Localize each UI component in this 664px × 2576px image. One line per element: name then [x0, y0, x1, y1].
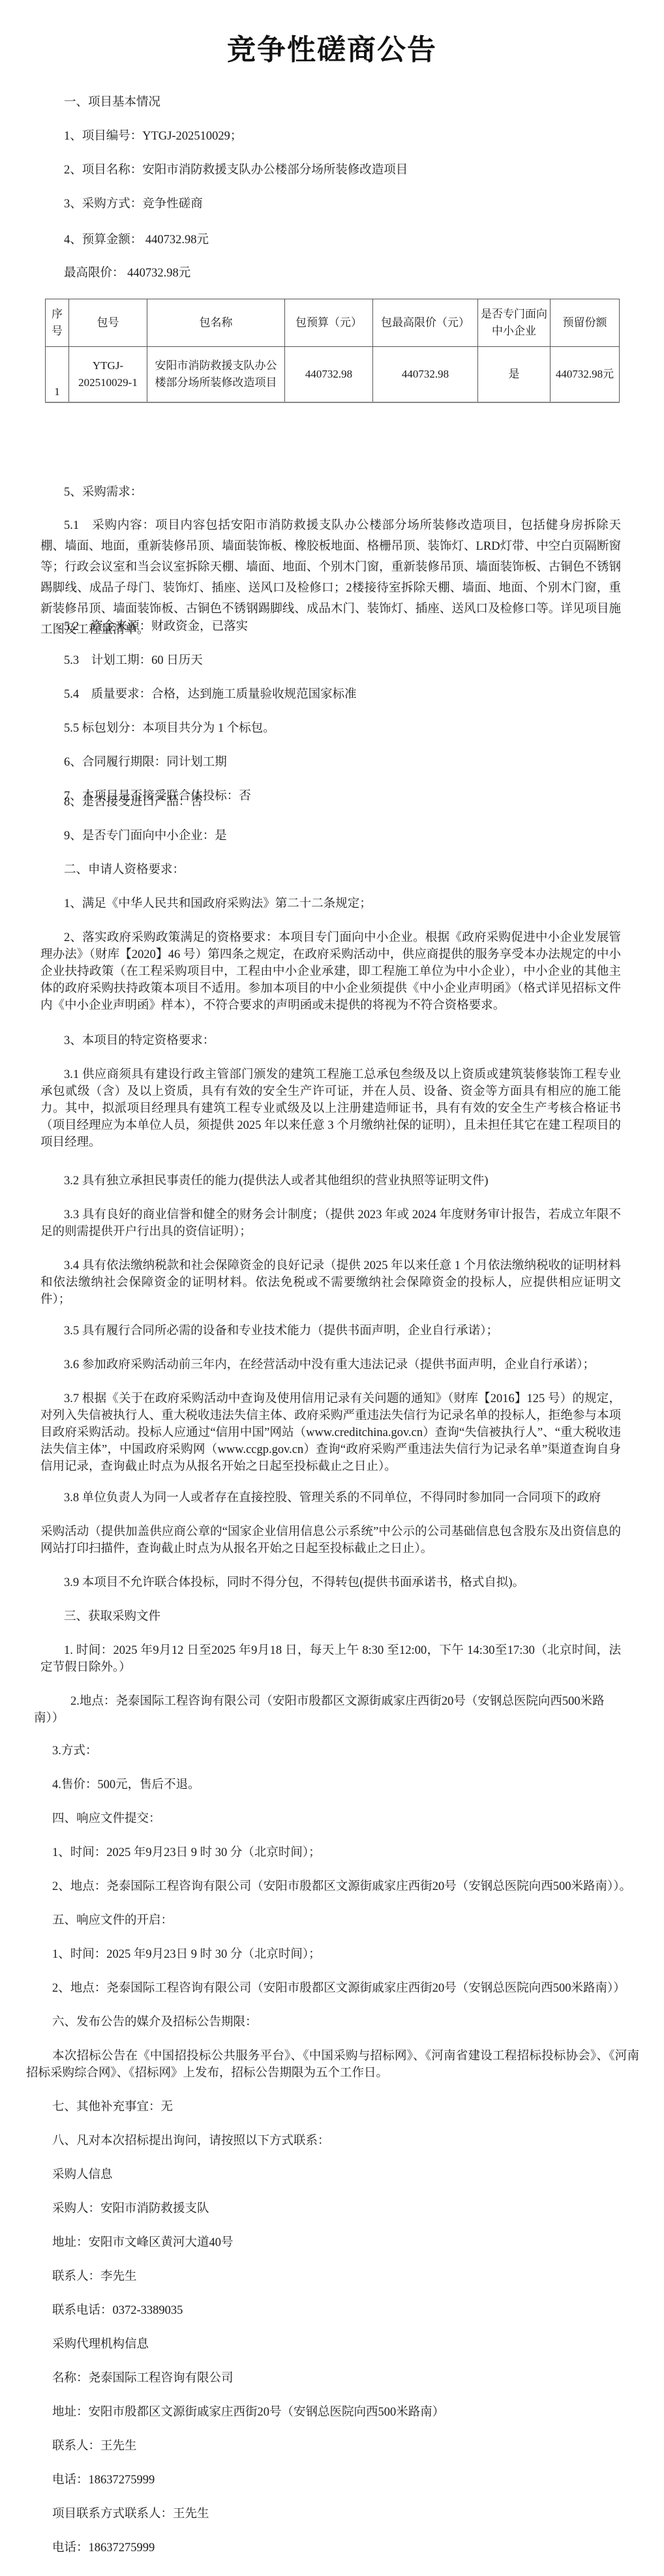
opening-time: 1、时间：2025 年9月23日 9 时 30 分（北京时间）； — [52, 1946, 321, 1963]
project-phone: 电话：18637275999 — [52, 2539, 155, 2556]
lot-division: 5.5 标包划分：本项目共分为 1 个标包。 — [64, 720, 275, 737]
purchaser-name: 采购人：安阳市消防救援支队 — [52, 2200, 209, 2217]
qualification-3-2: 3.2 具有独立承担民事责任的能力(提供法人或者其他组织的营业执照等证明文件) — [64, 1173, 489, 1190]
funding-source: 5.2 资金来源：财政资金，已落实 — [64, 618, 248, 635]
contract-period: 6、合同履行期限：同计划工期 — [64, 754, 227, 771]
qualification-3-4: 3.4 具有依法缴纳税款和社会保障资金的良好记录（提供 2025 年以来任意 1… — [40, 1257, 621, 1308]
submission-place: 2、地点：尧泰国际工程咨询有限公司（安阳市殷都区文源街戚家庄西街20号（安钢总医… — [52, 1878, 631, 1895]
qualification-3-7: 3.7 根据《关于在政府采购活动中查询及使用信用记录有关问题的通知》（财库【20… — [40, 1390, 621, 1475]
package-table: 序号 包号 包名称 包预算（元） 包最高限价（元） 是否专门面向中小企业 预留份… — [45, 299, 620, 403]
publication-text: 本次招标公告在《中国招投标公共服务平台》、《中国采购与招标网》、《河南省建设工程… — [26, 2048, 639, 2082]
project-contact: 项目联系方式联系人：王先生 — [52, 2506, 209, 2523]
qualification-3-3: 3.3 具有良好的商业信誉和健全的财务会计制度；（提供 2023 年或 2024… — [40, 1206, 621, 1240]
page-title: 竞争性磋商公告 — [0, 26, 664, 68]
table-row: 1 YTGJ-202510029-1 安阳市消防救援支队办公楼部分场所装修改造项… — [46, 347, 620, 403]
procurement-method: 3、采购方式：竞争性磋商 — [64, 196, 203, 213]
agency-phone: 电话：18637275999 — [52, 2472, 155, 2489]
opening-place: 2、地点：尧泰国际工程咨询有限公司（安阳市殷都区文源街戚家庄西街20号（安钢总医… — [52, 1980, 626, 1997]
purchaser-info-heading: 采购人信息 — [52, 2166, 113, 2183]
qualification-3-heading: 3、本项目的特定资格要求： — [64, 1032, 215, 1049]
header-sme-only: 是否专门面向中小企业 — [478, 299, 551, 347]
header-package-no: 包号 — [69, 299, 147, 347]
obtain-docs-price: 4.售价：500元，售后不退。 — [52, 1776, 200, 1793]
qualification-1: 1、满足《中华人民共和国政府采购法》第二十二条规定； — [64, 895, 372, 912]
contact-heading: 八、凡对本次招标提出询问，请按照以下方式联系： — [52, 2133, 330, 2149]
budget-amount: 4、预算金额： 440732.98元 — [64, 232, 209, 248]
obtain-docs-place: 2.地点：尧泰国际工程咨询有限公司（安阳市殷都区文源街戚家庄西街20号（安钢总医… — [34, 1693, 621, 1727]
header-seq: 序号 — [46, 299, 69, 347]
cell-package-max-price: 440732.98 — [373, 347, 478, 403]
qualification-3-5: 3.5 具有履行合同所必需的设备和专业技术能力（提供书面声明，企业自行承诺）； — [64, 1323, 498, 1340]
agency-info-heading: 采购代理机构信息 — [52, 2336, 149, 2353]
qualification-3-8-part1: 3.8 单位负责人为同一人或者存在直接控股、管理关系的不同单位，不得同时参加同一… — [64, 1490, 601, 1506]
cell-sme-only: 是 — [478, 347, 551, 403]
obtain-docs-time: 1. 时间：2025 年9月12 日至2025 年9月18 日，每天上午 8:3… — [40, 1642, 621, 1676]
opening-heading: 五、响应文件的开启： — [52, 1912, 173, 1929]
agency-address: 地址：安阳市殷都区文源街戚家庄西街20号（安钢总医院向西500米路南） — [52, 2404, 444, 2421]
purchaser-phone: 联系电话：0372-3389035 — [52, 2302, 183, 2319]
publication-heading: 六、发布公告的媒介及招标公告期限： — [52, 2014, 258, 2031]
submission-heading: 四、响应文件提交： — [52, 1810, 161, 1827]
purchaser-contact: 联系人：李先生 — [52, 2268, 137, 2285]
cell-package-budget: 440732.98 — [285, 347, 373, 403]
qualification-3-6: 3.6 参加政府采购活动前三年内，在经营活动中没有重大违法记录（提供书面声明，企… — [64, 1356, 595, 1373]
table-header-row: 序号 包号 包名称 包预算（元） 包最高限价（元） 是否专门面向中小企业 预留份… — [46, 299, 620, 347]
purchaser-address: 地址：安阳市文峰区黄河大道40号 — [52, 2234, 234, 2251]
sme-only: 9、是否专门面向中小企业：是 — [64, 828, 227, 845]
cell-package-no: YTGJ-202510029-1 — [69, 347, 147, 403]
qualification-3-9: 3.9 本项目不允许联合体投标，同时不得分包，不得转包(提供书面承诺书，格式自拟… — [64, 1574, 524, 1591]
header-package-budget: 包预算（元） — [285, 299, 373, 347]
cell-seq: 1 — [46, 347, 69, 403]
qualification-2: 2、落实政府采购政策满足的资格要求：本项目专门面向中小企业。根据《政府采购促进中… — [40, 929, 621, 1014]
header-package-name: 包名称 — [147, 299, 285, 347]
imports-accepted: 8、是否接受进口产品：否 — [64, 794, 203, 811]
cell-reserved-share: 440732.98元 — [551, 347, 620, 403]
agency-name: 名称：尧泰国际工程咨询有限公司 — [52, 2370, 234, 2387]
header-package-max-price: 包最高限价（元） — [373, 299, 478, 347]
agency-contact: 联系人：王先生 — [52, 2438, 137, 2455]
other-matters: 七、其他补充事宜：无 — [52, 2099, 173, 2116]
max-price: 最高限价： 440732.98元 — [64, 265, 190, 282]
requirements-heading: 5、采购需求： — [64, 484, 142, 501]
planned-period: 5.3 计划工期：60 日历天 — [64, 652, 203, 669]
qualification-3-1: 3.1 供应商须具有建设行政主管部门颁发的建筑工程施工总承包叁级及以上资质或建筑… — [40, 1066, 621, 1151]
project-number: 1、项目编号：YTGJ-202510029； — [64, 128, 242, 145]
quality-requirement: 5.4 质量要求：合格，达到施工质量验收规范国家标准 — [64, 686, 357, 703]
project-name: 2、项目名称：安阳市消防救援支队办公楼部分场所装修改造项目 — [64, 162, 408, 179]
header-reserved-share: 预留份额 — [551, 299, 620, 347]
obtain-docs-heading: 三、获取采购文件 — [64, 1608, 160, 1625]
section-heading-basic-info: 一、项目基本情况 — [64, 94, 160, 111]
qualification-3-8-part2: 采购活动（提供加盖供应商公章的“国家企业信用信息公示系统”中公示的公司基础信息包… — [40, 1523, 621, 1557]
qualifications-heading: 二、申请人资格要求： — [64, 861, 185, 878]
submission-time: 1、时间：2025 年9月23日 9 时 30 分（北京时间）； — [52, 1844, 321, 1861]
obtain-docs-method: 3.方式： — [52, 1743, 97, 1760]
cell-package-name: 安阳市消防救援支队办公楼部分场所装修改造项目 — [147, 347, 285, 403]
